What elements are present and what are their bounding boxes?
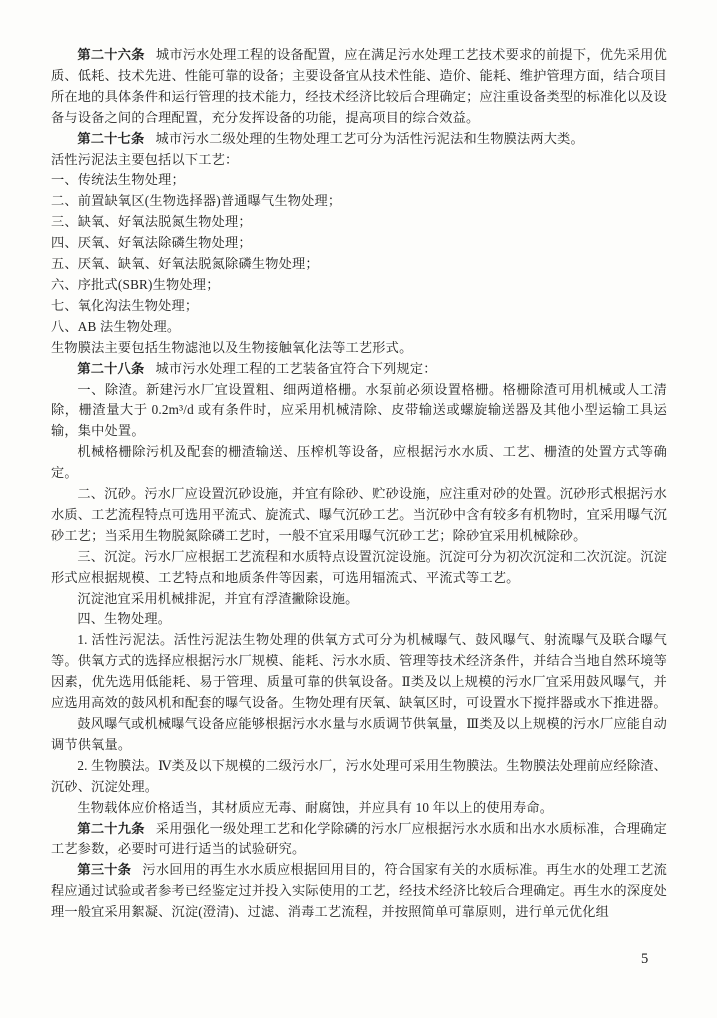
paragraph: 一、除渣。新建污水厂宜设置粗、细两道格栅。水泵前必须设置格栅。格栅除渣可用机械或… (51, 380, 667, 443)
paragraph-text: 1. 活性污泥法。活性污泥法生物处理的供氧方式可分为机械曝气、鼓风曝气、射流曝气… (51, 632, 667, 710)
paragraph: 1. 活性污泥法。活性污泥法生物处理的供氧方式可分为机械曝气、鼓风曝气、射流曝气… (51, 630, 667, 714)
paragraph: 三、缺氧、好氧法脱氮生物处理； (51, 212, 667, 233)
paragraph-text: 四、厌氧、好氧法除磷生物处理； (51, 235, 252, 250)
paragraph: 第三十条污水回用的再生水水质应根据回用目的，符合国家有关的水质标准。再生水的处理… (51, 860, 667, 923)
paragraph-text: 污水回用的再生水水质应根据回用目的，符合国家有关的水质标准。再生水的处理工艺流程… (51, 862, 667, 919)
paragraph: 第二十七条城市污水二级处理的生物处理工艺可分为活性污泥法和生物膜法两大类。 (51, 129, 667, 150)
paragraph: 活性污泥法主要包括以下工艺： (51, 150, 667, 171)
paragraph: 二、前置缺氧区(生物选择器)普通曝气生物处理； (51, 191, 667, 212)
paragraph: 四、生物处理。 (51, 609, 667, 630)
document-body: 第二十六条城市污水处理工程的设备配置，应在满足污水处理工艺技术要求的前提下，优先… (51, 45, 667, 950)
paragraph-text: 四、生物处理。 (77, 611, 171, 626)
paragraph-text: 城市污水二级处理的生物处理工艺可分为活性污泥法和生物膜法两大类。 (156, 131, 584, 146)
paragraph: 第二十六条城市污水处理工程的设备配置，应在满足污水处理工艺技术要求的前提下，优先… (51, 45, 667, 129)
paragraph-text: 2. 生物膜法。Ⅳ类及以下规模的二级污水厂，污水处理可采用生物膜法。生物膜法处理… (51, 758, 667, 794)
paragraph-text: 七、氧化沟法生物处理； (51, 298, 198, 313)
paragraph: 机械格栅除污机及配套的栅渣输送、压榨机等设备，应根据污水水质、工艺、栅渣的处置方… (51, 442, 667, 484)
paragraph: 七、氧化沟法生物处理； (51, 296, 667, 317)
paragraph: 2. 生物膜法。Ⅳ类及以下规模的二级污水厂，污水处理可采用生物膜法。生物膜法处理… (51, 756, 667, 798)
paragraph: 八、AB 法生物处理。 (51, 317, 667, 338)
paragraph: 二、沉砂。污水厂应设置沉砂设施，并宜有除砂、贮砂设施，应注重对砂的处置。沉砂形式… (51, 484, 667, 547)
paragraph: 鼓风曝气或机械曝气设备应能够根据污水水量与水质调节供氧量，Ⅲ类及以上规模的污水厂… (51, 714, 667, 756)
paragraph-text: 八、AB 法生物处理。 (51, 319, 180, 334)
article-heading: 第二十八条 (77, 361, 144, 376)
article-heading: 第二十七条 (77, 131, 144, 146)
paragraph-text: 六、序批式(SBR)生物处理； (51, 277, 220, 292)
paragraph-text: 三、缺氧、好氧法脱氮生物处理； (51, 214, 252, 229)
paragraph-text: 三、沉淀。污水厂应根据工艺流程和水质特点设置沉淀设施。沉淀可分为初次沉淀和二次沉… (51, 549, 667, 585)
article-heading: 第二十六条 (77, 47, 144, 62)
paragraph-text: 鼓风曝气或机械曝气设备应能够根据污水水量与水质调节供氧量，Ⅲ类及以上规模的污水厂… (51, 716, 667, 752)
paragraph: 第二十八条城市污水处理工程的工艺装备宜符合下列规定： (51, 359, 667, 380)
article-heading: 第二十九条 (77, 821, 144, 836)
paragraph-text: 五、厌氧、缺氧、好氧法脱氮除磷生物处理； (51, 256, 319, 271)
paragraph-text: 机械格栅除污机及配套的栅渣输送、压榨机等设备，应根据污水水质、工艺、栅渣的处置方… (51, 444, 667, 480)
paragraph: 五、厌氧、缺氧、好氧法脱氮除磷生物处理； (51, 254, 667, 275)
paragraph-text: 生物膜法主要包括生物滤池以及生物接触氧化法等工艺形式。 (51, 340, 412, 355)
paragraph: 生物膜法主要包括生物滤池以及生物接触氧化法等工艺形式。 (51, 338, 667, 359)
paragraph-text: 二、沉砂。污水厂应设置沉砂设施，并宜有除砂、贮砂设施，应注重对砂的处置。沉砂形式… (51, 486, 667, 543)
paragraph: 三、沉淀。污水厂应根据工艺流程和水质特点设置沉淀设施。沉淀可分为初次沉淀和二次沉… (51, 547, 667, 589)
paragraph: 沉淀池宜采用机械排泥，并宜有浮渣撇除设施。 (51, 589, 667, 610)
paragraph-text: 一、传统法生物处理； (51, 172, 185, 187)
paragraph: 第二十九条采用强化一级处理工艺和化学除磷的污水厂应根据污水水质和出水水质标准，合… (51, 819, 667, 861)
paragraph: 六、序批式(SBR)生物处理； (51, 275, 667, 296)
paragraph-text: 生物载体应价格适当，其材质应无毒、耐腐蚀，并应具有 10 年以上的使用寿命。 (77, 800, 553, 815)
paragraph-text: 二、前置缺氧区(生物选择器)普通曝气生物处理； (51, 193, 341, 208)
paragraph-text: 沉淀池宜采用机械排泥，并宜有浮渣撇除设施。 (77, 591, 358, 606)
paragraph-text: 活性污泥法主要包括以下工艺： (51, 152, 238, 167)
paragraph-text: 城市污水处理工程的工艺装备宜符合下列规定： (156, 361, 437, 376)
paragraph: 生物载体应价格适当，其材质应无毒、耐腐蚀，并应具有 10 年以上的使用寿命。 (51, 798, 667, 819)
paragraph: 四、厌氧、好氧法除磷生物处理； (51, 233, 667, 254)
document-page: 第二十六条城市污水处理工程的设备配置，应在满足污水处理工艺技术要求的前提下，优先… (0, 0, 717, 1018)
paragraph: 一、传统法生物处理； (51, 170, 667, 191)
paragraph-text: 一、除渣。新建污水厂宜设置粗、细两道格栅。水泵前必须设置格栅。格栅除渣可用机械或… (51, 382, 667, 439)
page-number: 5 (641, 951, 648, 968)
article-heading: 第三十条 (77, 862, 131, 877)
